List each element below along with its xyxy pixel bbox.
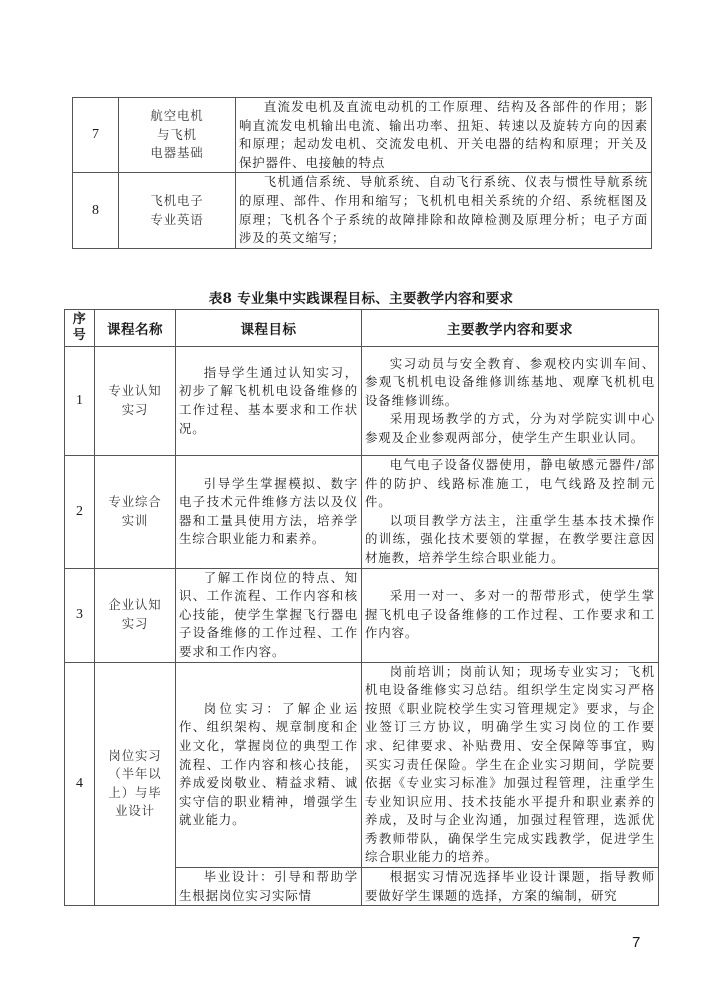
table-row: 4 岗位实习 （半年以 上）与毕 业设计 岗位实习：了解企业运作、组织架构、规章… (65, 662, 659, 868)
course-name: 专业综合 实训 (95, 456, 176, 569)
table-header-row: 序 号 课程名称 课程目标 主要教学内容和要求 (65, 310, 659, 347)
course-goal: 了解工作岗位的特点、知识、工作流程、工作内容和核心技能，使学生掌握飞行器电子设备… (176, 568, 362, 662)
table-row: 7 航空电机 与飞机 电器基础 直流发电机及直流电动机的工作原理、结构及各部件的… (73, 98, 652, 173)
course-content: 电气电子设备仪器使用，静电敏感元器件/部件的防护、线路标准施工，电气线路及控制元… (362, 456, 659, 569)
course-name: 岗位实习 （半年以 上）与毕 业设计 (95, 662, 176, 906)
row-number: 3 (65, 568, 95, 662)
header-goal: 课程目标 (176, 310, 362, 347)
course-name-line: 航空电机 (119, 107, 235, 126)
goal-paragraph: 了解工作岗位的特点、知识、工作流程、工作内容和核心技能，使学生掌握飞行器电子设备… (179, 569, 358, 662)
goal-paragraph: 岗位实习：了解企业运作、组织架构、规章制度和企业文化，掌握岗位的典型工作流程、工… (179, 700, 358, 830)
content-paragraph: 以项目教学方法主，注重学生基本技术操作的训练，强化技术要领的掌握，在教学要注意因… (365, 512, 655, 568)
content-paragraph: 飞机通信系统、导航系统、自动飞行系统、仪表与惯性导航系统的原理、部件、作用和缩写… (239, 173, 648, 247)
content-paragraph: 根据实习情况选择毕业设计课题，指导教师要做好学生课题的选择，方案的编制，研究 (365, 868, 655, 905)
table-caption: 表8 专业集中实践课程目标、主要教学内容和要求 (0, 287, 722, 307)
course-name-line: 业设计 (95, 802, 175, 821)
course-goal: 引导学生掌握模拟、数字电子技术元件维修方法以及仪器和工量具使用方法，培养学生综合… (176, 456, 362, 569)
course-name-line: （半年以 (95, 765, 175, 784)
course-name-line: 电器基础 (119, 144, 235, 163)
table-row: 1 专业认知 实习 指导学生通过认知实习，初步了解飞机机电设备维修的工作过程、基… (65, 347, 659, 456)
course-name: 专业认知 实习 (95, 347, 176, 456)
table-row: 3 企业认知 实习 了解工作岗位的特点、知识、工作流程、工作内容和核心技能，使学… (65, 568, 659, 662)
row-number: 1 (65, 347, 95, 456)
course-content: 实习动员与安全教育、参观校内实训车间、参观飞机机电设备维修训练基地、观摩飞机机电… (362, 347, 659, 456)
course-name-line: 岗位实习 (95, 747, 175, 766)
course-name-line: 实习 (95, 615, 175, 634)
course-content: 直流发电机及直流电动机的工作原理、结构及各部件的作用；影响直流发电机输出电流、输… (236, 98, 652, 173)
course-name: 飞机电子 专业英语 (119, 173, 236, 248)
goal-paragraph: 指导学生通过认知实习，初步了解飞机机电设备维修的工作过程、基本要求和工作状况。 (179, 364, 358, 438)
table-row: 2 专业综合 实训 引导学生掌握模拟、数字电子技术元件维修方法以及仪器和工量具使… (65, 456, 659, 569)
course-content: 飞机通信系统、导航系统、自动飞行系统、仪表与惯性导航系统的原理、部件、作用和缩写… (236, 173, 652, 248)
goal-paragraph: 引导学生掌握模拟、数字电子技术元件维修方法以及仪器和工量具使用方法，培养学生综合… (179, 475, 358, 549)
content-paragraph: 采用现场教学的方式，分为对学院实训中心参观及企业参观两部分，使学生产生职业认同。 (365, 410, 655, 447)
header-course: 课程名称 (95, 310, 176, 347)
course-content: 岗前培训；岗前认知；现场专业实习；飞机机电设备维修实习总结。组织学生定岗实习严格… (362, 662, 659, 868)
content-paragraph: 实习动员与安全教育、参观校内实训车间、参观飞机机电设备维修训练基地、观摩飞机机电… (365, 355, 655, 411)
header-no-line: 序 (65, 312, 94, 328)
course-name-line: 专业综合 (95, 493, 175, 512)
course-goal: 指导学生通过认知实习，初步了解飞机机电设备维修的工作过程、基本要求和工作状况。 (176, 347, 362, 456)
course-name-line: 上）与毕 (95, 784, 175, 803)
course-name: 企业认知 实习 (95, 568, 176, 662)
table-7-continued: 7 航空电机 与飞机 电器基础 直流发电机及直流电动机的工作原理、结构及各部件的… (72, 97, 652, 249)
course-content: 采用一对一、多对一的帮带形式，使学生掌握飞机电子设备维修的工作过程、工作要求和工… (362, 568, 659, 662)
row-number: 7 (73, 98, 119, 173)
header-no: 序 号 (65, 310, 95, 347)
table-8: 序 号 课程名称 课程目标 主要教学内容和要求 1 专业认知 实习 指导学生通过… (64, 309, 659, 906)
header-no-line: 号 (65, 328, 94, 344)
course-name-line: 专业认知 (95, 382, 175, 401)
row-number: 8 (73, 173, 119, 248)
goal-paragraph: 毕业设计：引导和帮助学生根据岗位实习实际情 (179, 868, 358, 905)
course-content: 根据实习情况选择毕业设计课题，指导教师要做好学生课题的选择，方案的编制，研究 (362, 868, 659, 906)
content-paragraph: 直流发电机及直流电动机的工作原理、结构及各部件的作用；影响直流发电机输出电流、输… (239, 98, 648, 172)
content-paragraph: 电气电子设备仪器使用，静电敏感元器件/部件的防护、线路标准施工，电气线路及控制元… (365, 456, 655, 512)
course-name-line: 专业英语 (119, 211, 235, 230)
course-goal: 岗位实习：了解企业运作、组织架构、规章制度和企业文化，掌握岗位的典型工作流程、工… (176, 662, 362, 868)
course-name-line: 飞机电子 (119, 192, 235, 211)
course-name-line: 实训 (95, 512, 175, 531)
table-row: 8 飞机电子 专业英语 飞机通信系统、导航系统、自动飞行系统、仪表与惯性导航系统… (73, 173, 652, 248)
course-goal: 毕业设计：引导和帮助学生根据岗位实习实际情 (176, 868, 362, 906)
course-name-line: 企业认知 (95, 596, 175, 615)
page-number: 7 (632, 934, 640, 951)
course-name-line: 实习 (95, 401, 175, 420)
content-paragraph: 采用一对一、多对一的帮带形式，使学生掌握飞机电子设备维修的工作过程、工作要求和工… (365, 587, 655, 643)
row-number: 4 (65, 662, 95, 906)
content-paragraph: 岗前培训；岗前认知；现场专业实习；飞机机电设备维修实习总结。组织学生定岗实习严格… (365, 663, 655, 868)
header-content: 主要教学内容和要求 (362, 310, 659, 347)
course-name-line: 与飞机 (119, 126, 235, 145)
row-number: 2 (65, 456, 95, 569)
course-name: 航空电机 与飞机 电器基础 (119, 98, 236, 173)
